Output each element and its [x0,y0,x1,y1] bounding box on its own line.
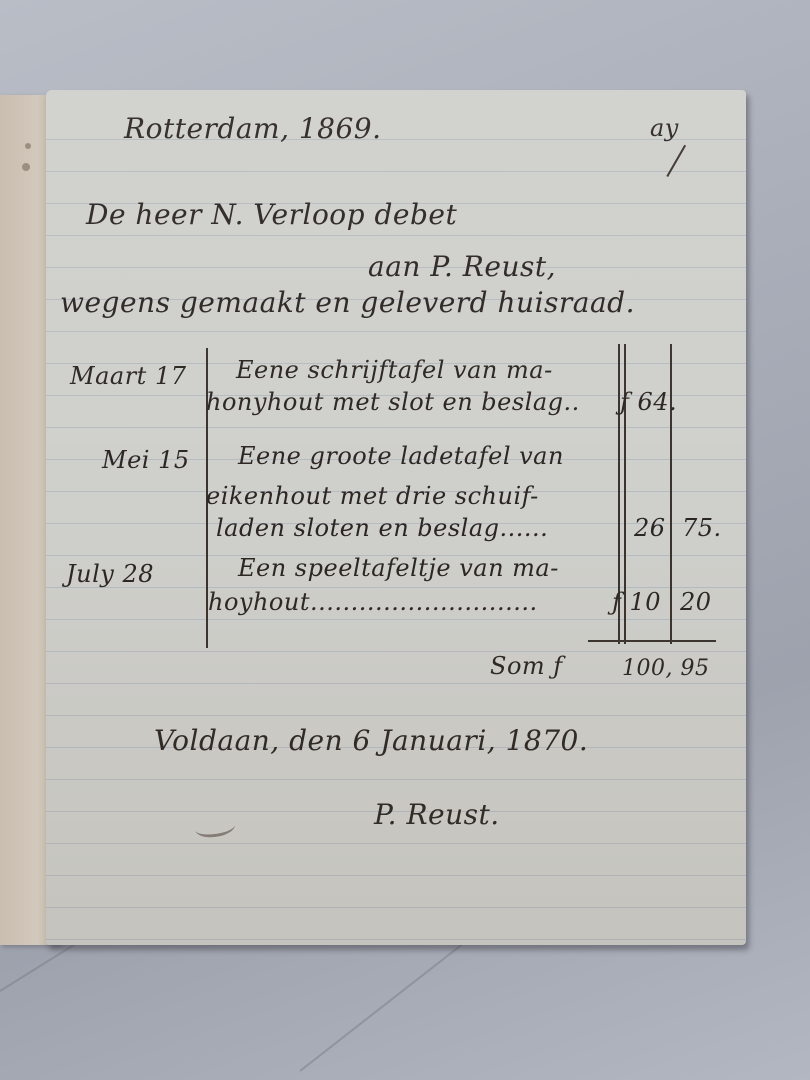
entry-cents: 20 [680,588,712,616]
total-rule [588,640,716,642]
entry-date: July 28 [66,560,154,588]
entry-description: Eene schrijftafel van ma- [236,356,553,384]
stain-spot [25,143,31,149]
entry-description: Een speeltafeltje van ma- [238,554,559,582]
entry-description: Eene groote ladetafel van [238,442,564,470]
total-value: 100, 95 [622,656,709,681]
entry-description: laden sloten en beslag...... [216,514,548,542]
entry-description: hoyhout............................ [208,588,538,616]
subject-line: wegens gemaakt en geleverd huisraad. [60,286,635,319]
debtor-line: De heer N. Verloop debet [86,198,457,231]
entry-guilders: ƒ 10 [612,588,661,616]
total-label: Som ƒ [490,652,563,680]
stain-spot [22,163,30,171]
entry-guilders: ƒ 64. [620,388,677,416]
entry-date: Maart 17 [70,362,186,390]
entry-cents: 75. [682,514,722,542]
creditor-line: aan P. Reust, [368,250,556,283]
entry-description: honyhout met slot en beslag.. [206,388,580,416]
corner-mark: ay [650,114,679,142]
corner-stroke [666,145,685,177]
place-year-heading: Rotterdam, 1869. [124,112,382,145]
entry-description: eikenhout met drie schuif- [206,482,539,510]
entry-guilders: 26 [634,514,666,542]
signature: P. Reust. [374,798,500,831]
receipt-line: Voldaan, den 6 Januari, 1870. [154,724,588,757]
entry-date: Mei 15 [102,446,190,474]
invoice-page: Rotterdam, 1869. ay De heer N. Verloop d… [46,90,746,945]
